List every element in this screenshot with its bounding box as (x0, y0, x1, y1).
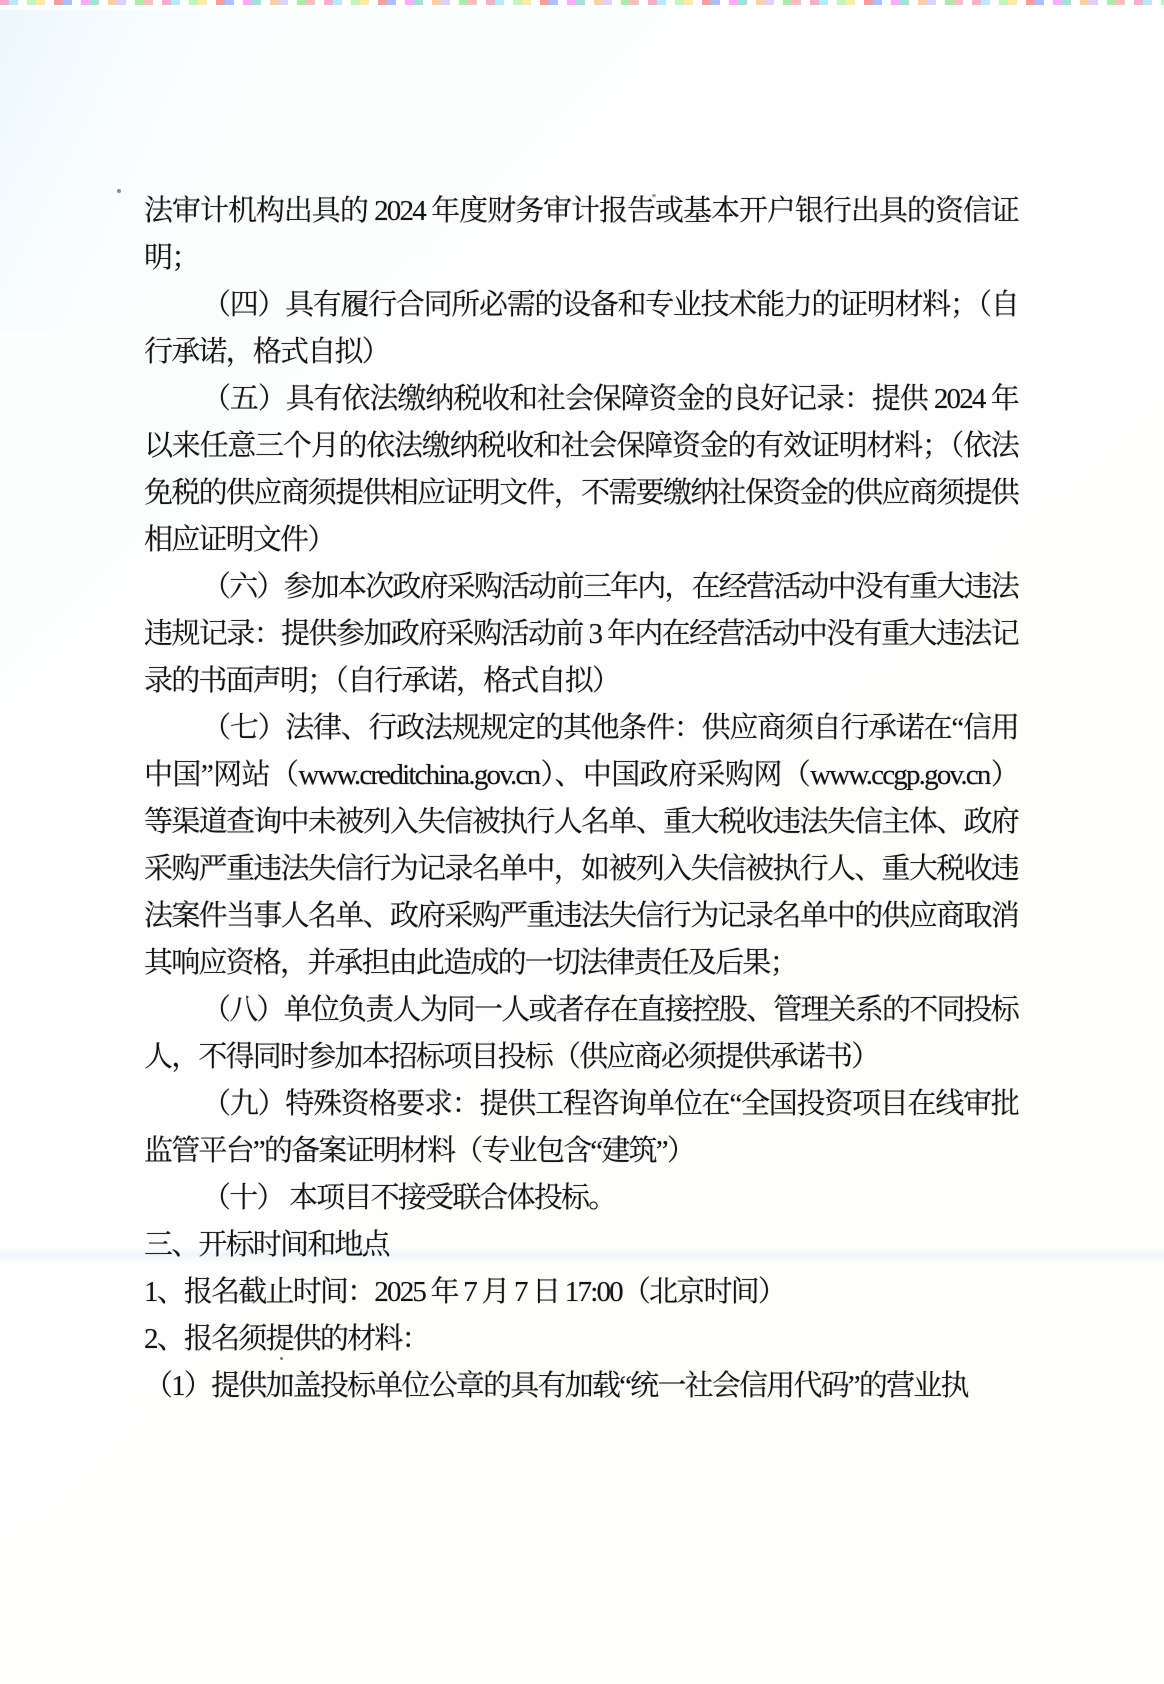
document-body: 法审计机构出具的 2024 年度财务审计报告或基本开户银行出具的资信证明； （四… (144, 188, 1018, 1410)
paragraph-clause-6: （六）参加本次政府采购活动前三年内，在经营活动中没有重大违法违规记录：提供参加政… (144, 564, 1018, 705)
paragraph-required-materials: 2、报名须提供的材料： (144, 1316, 1018, 1363)
paragraph-business-license: （1）提供加盖投标单位公章的具有加载“统一社会信用代码”的营业执 (144, 1363, 1018, 1410)
scan-speck (117, 189, 121, 193)
paragraph-clause-3-tail: 法审计机构出具的 2024 年度财务审计报告或基本开户银行出具的资信证明； (144, 188, 1018, 282)
document-page: 法审计机构出具的 2024 年度财务审计报告或基本开户银行出具的资信证明； （四… (0, 0, 1164, 1684)
scan-noise-strip (0, 0, 1164, 5)
section-heading-bid-opening: 三、开标时间和地点 (144, 1222, 1018, 1269)
paragraph-clause-5: （五）具有依法缴纳税收和社会保障资金的良好记录：提供 2024 年以来任意三个月… (144, 376, 1018, 564)
paragraph-clause-8: （八）单位负责人为同一人或者存在直接控股、管理关系的不同投标人，不得同时参加本招… (144, 987, 1018, 1081)
paragraph-clause-4: （四）具有履行合同所必需的设备和专业技术能力的证明材料；（自行承诺，格式自拟） (144, 282, 1018, 376)
paragraph-clause-10: （十） 本项目不接受联合体投标。 (144, 1175, 1018, 1222)
paragraph-clause-9: （九）特殊资格要求：提供工程咨询单位在“全国投资项目在线审批监管平台”的备案证明… (144, 1081, 1018, 1175)
paragraph-clause-7: （七）法律、行政法规规定的其他条件：供应商须自行承诺在“信用中国”网站（www.… (144, 705, 1018, 987)
paragraph-registration-deadline: 1、报名截止时间：2025 年 7 月 7 日 17:00（北京时间） (144, 1269, 1018, 1316)
